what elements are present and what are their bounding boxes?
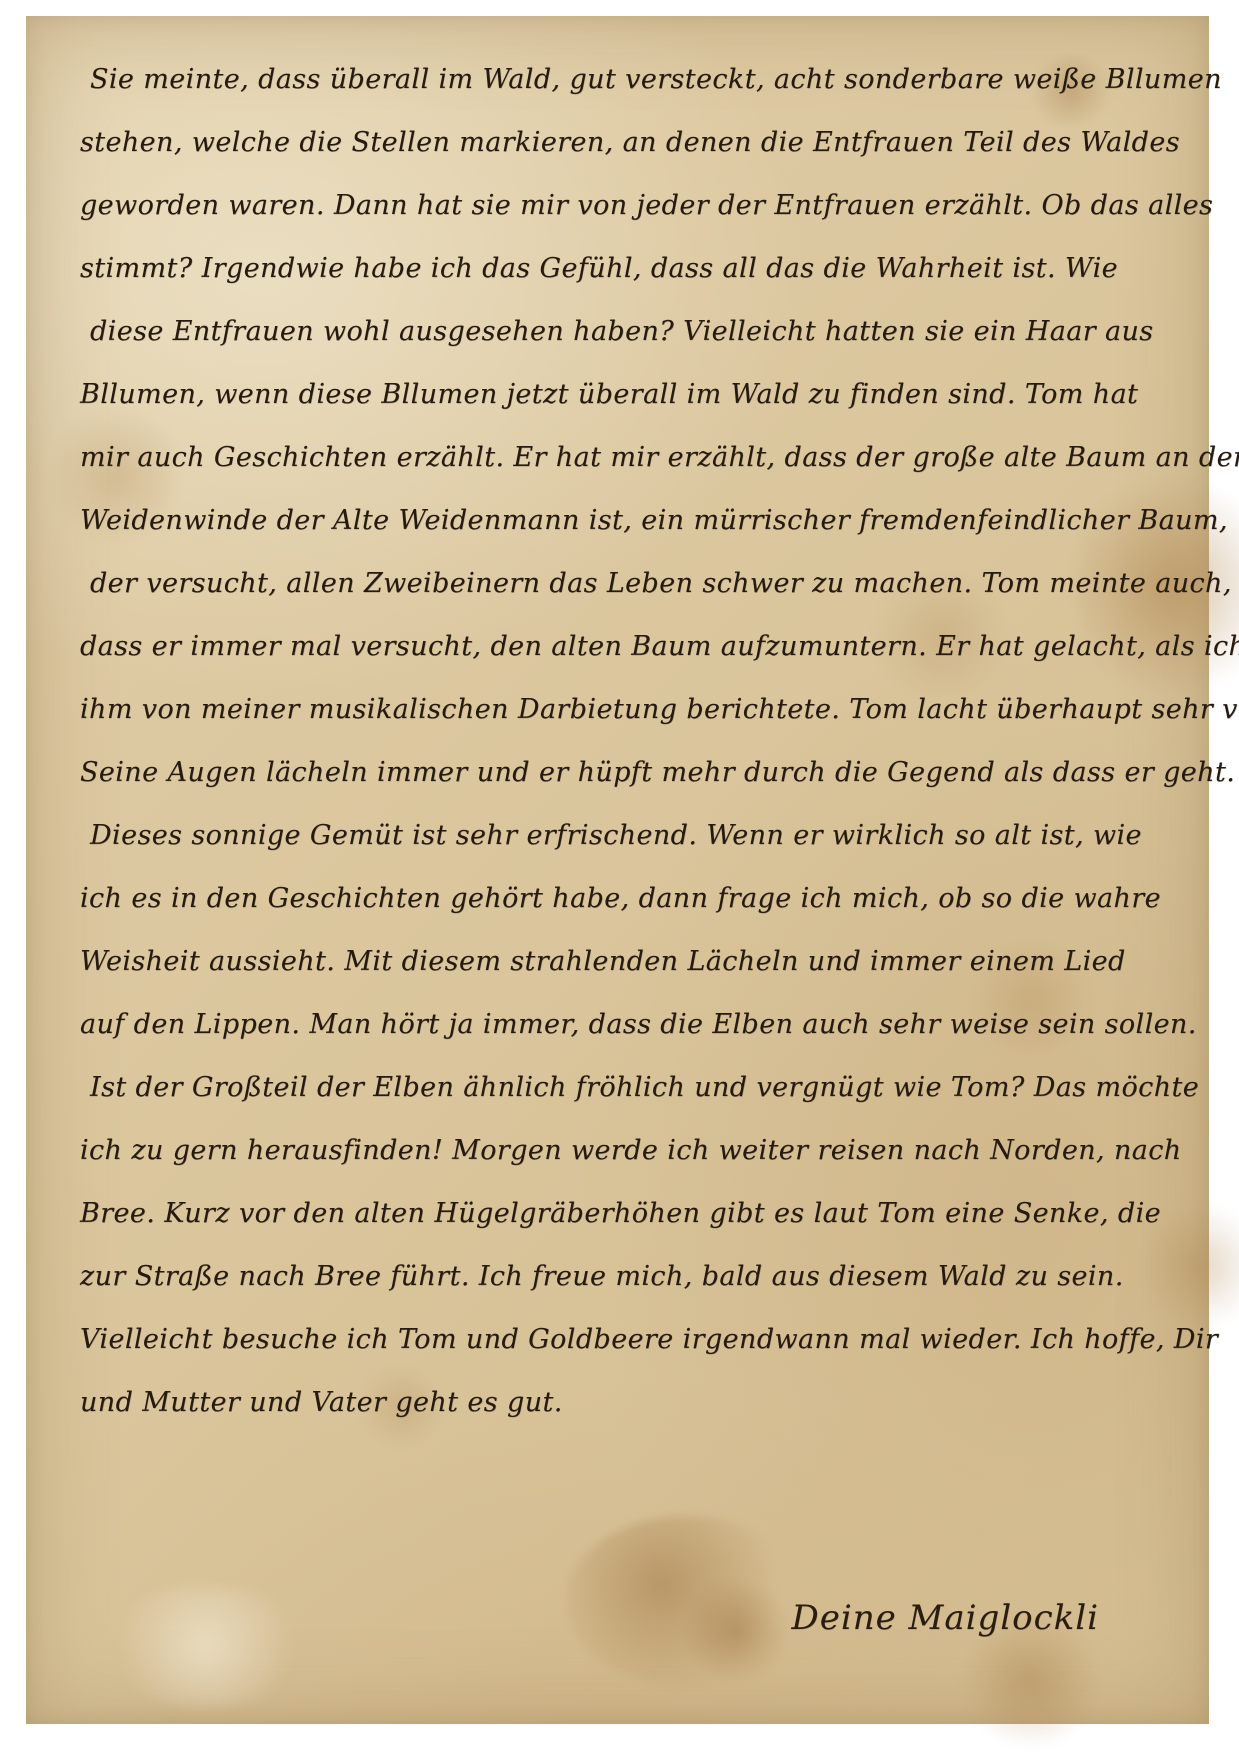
letter-line: der versucht, allen Zweibeinern das Lebe… <box>80 552 1173 615</box>
letter-line: Sie meinte, dass überall im Wald, gut ve… <box>80 48 1173 111</box>
letter-line: Seine Augen lächeln immer und er hüpft m… <box>80 741 1173 804</box>
letter-body: Sie meinte, dass überall im Wald, gut ve… <box>80 48 1173 1434</box>
letter-line: zur Straße nach Bree führt. Ich freue mi… <box>80 1245 1173 1308</box>
parchment-stain <box>96 1586 316 1706</box>
letter-line: dass er immer mal versucht, den alten Ba… <box>80 615 1173 678</box>
letter-line: Dieses sonnige Gemüt ist sehr erfrischen… <box>80 804 1173 867</box>
letter-line: Bllumen, wenn diese Bllumen jetzt überal… <box>80 363 1173 426</box>
letter-line: Bree. Kurz vor den alten Hügelgräberhöhe… <box>80 1182 1173 1245</box>
letter-line: Weisheit aussieht. Mit diesem strahlende… <box>80 930 1173 993</box>
signature-line: Deine Maiglockli <box>791 1598 1099 1638</box>
letter-line: ihm von meiner musikalischen Darbietung … <box>80 678 1173 741</box>
letter-line: stehen, welche die Stellen markieren, an… <box>80 111 1173 174</box>
letter-line: auf den Lippen. Man hört ja immer, dass … <box>80 993 1173 1056</box>
letter-line: Ist der Großteil der Elben ähnlich fröhl… <box>80 1056 1173 1119</box>
letter-line: ich es in den Geschichten gehört habe, d… <box>80 867 1173 930</box>
letter-line: diese Entfrauen wohl ausgesehen haben? V… <box>80 300 1173 363</box>
letter-line: geworden waren. Dann hat sie mir von jed… <box>80 174 1173 237</box>
letter-page: Sie meinte, dass überall im Wald, gut ve… <box>0 0 1239 1754</box>
letter-line: Weidenwinde der Alte Weidenmann ist, ein… <box>80 489 1173 552</box>
letter-line: und Mutter und Vater geht es gut. <box>80 1371 1173 1434</box>
letter-line: Vielleicht besuche ich Tom und Goldbeere… <box>80 1308 1173 1371</box>
letter-line: ich zu gern herausfinden! Morgen werde i… <box>80 1119 1173 1182</box>
letter-line: mir auch Geschichten erzählt. Er hat mir… <box>80 426 1173 489</box>
parchment-stain <box>676 1576 796 1686</box>
letter-line: stimmt? Irgendwie habe ich das Gefühl, d… <box>80 237 1173 300</box>
parchment-stain <box>566 1516 806 1686</box>
